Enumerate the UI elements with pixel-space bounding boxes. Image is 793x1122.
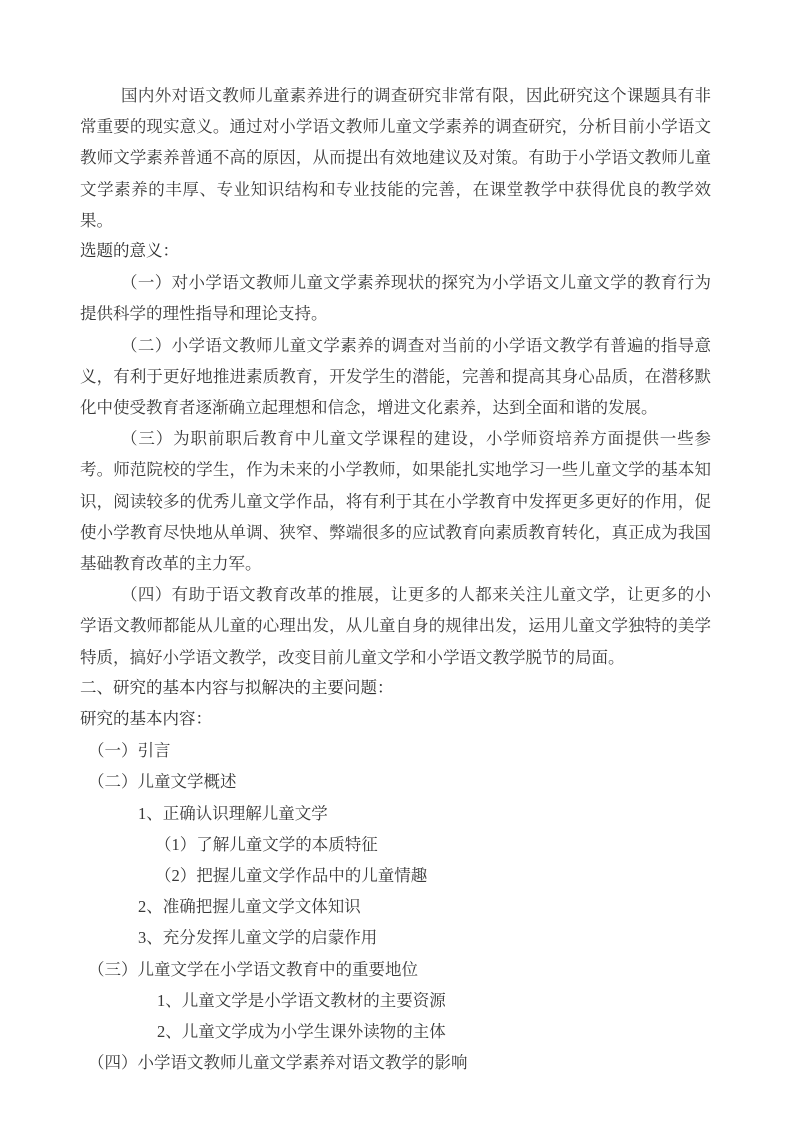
outline-item-4: （1）了解儿童文学的本质特征	[80, 829, 711, 860]
outline-item-1: （一）引言	[80, 735, 711, 766]
significance-item-1: （一）对小学语文教师儿童文学素养现状的探究为小学语文儿童文学的教育行为提供科学的…	[80, 267, 711, 329]
outline-item-10: 2、儿童文学成为小学生课外读物的主体	[80, 1016, 711, 1047]
outline-item-5: （2）把握儿童文学作品中的儿童情趣	[80, 860, 711, 891]
outline-item-6: 2、准确把握儿童文学文体知识	[80, 891, 711, 922]
intro-paragraph: 国内外对语文教师儿童素养进行的调查研究非常有限，因此研究这个课题具有非常重要的现…	[80, 80, 711, 236]
significance-heading: 选题的意义：	[80, 236, 711, 267]
section2-heading: 二、研究的基本内容与拟解决的主要问题：	[80, 673, 711, 704]
significance-item-4: （四）有助于语文教育改革的推展，让更多的人都来关注儿童文学，让更多的小学语文教师…	[80, 579, 711, 673]
outline-item-2: （二）儿童文学概述	[80, 766, 711, 797]
outline-item-9: 1、儿童文学是小学语文教材的主要资源	[80, 985, 711, 1016]
outline-item-3: 1、正确认识理解儿童文学	[80, 798, 711, 829]
outline-item-11: （四）小学语文教师儿童文学素养对语文教学的影响	[80, 1047, 711, 1078]
significance-item-3: （三）为职前职后教育中儿童文学课程的建设，小学师资培养方面提供一些参考。师范院校…	[80, 423, 711, 579]
content-heading: 研究的基本内容：	[80, 704, 711, 735]
significance-item-2: （二）小学语文教师儿童文学素养的调查对当前的小学语文教学有普遍的指导意义，有利于…	[80, 330, 711, 424]
outline-item-7: 3、充分发挥儿童文学的启蒙作用	[80, 922, 711, 953]
outline-item-8: （三）儿童文学在小学语文教育中的重要地位	[80, 954, 711, 985]
document-page: 国内外对语文教师儿童素养进行的调查研究非常有限，因此研究这个课题具有非常重要的现…	[0, 0, 793, 1122]
